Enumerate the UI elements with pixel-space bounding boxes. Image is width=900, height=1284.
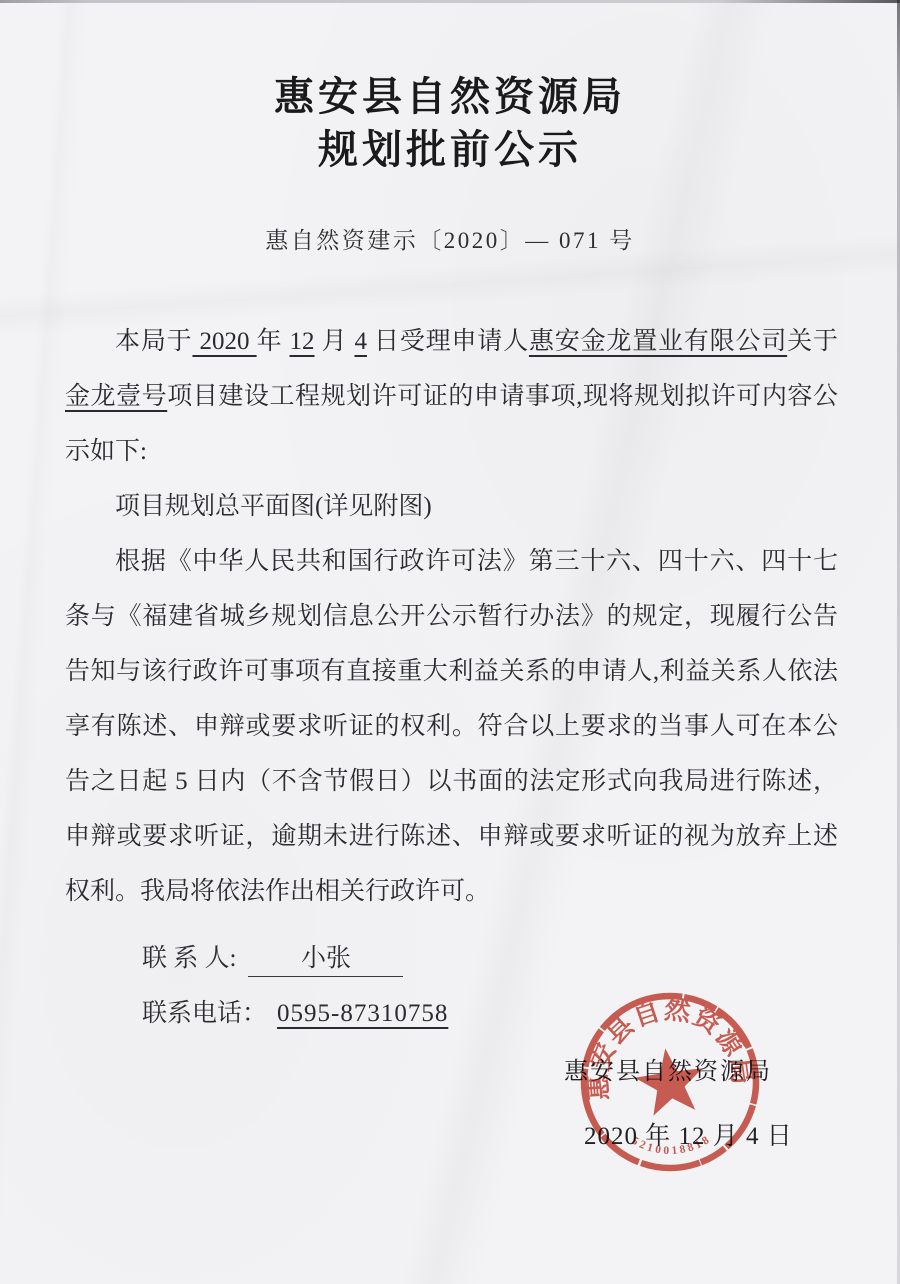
contact-phone-number: 0595-87310758	[277, 1000, 448, 1027]
signature-date: 2020 年 12 月 4 日	[584, 1116, 793, 1152]
contact-phone-line: 联系电话：0595-87310758	[65, 986, 838, 1041]
document-number: 惠自然资建示〔2020〕— 071 号	[0, 222, 900, 255]
contact-block: 联 系 人:小张 联系电话：0595-87310758	[65, 931, 838, 1041]
paragraph-plan-drawing: 项目规划总平面图(详见附图)	[65, 479, 838, 534]
document-body: 本局于 2020 年 12 月 4 日受理申请人惠安金龙置业有限公司关于金龙壹号…	[65, 314, 838, 1041]
scan-edge-top	[0, 0, 900, 3]
paragraph-legal-basis: 根据《中华人民共和国行政许可法》第三十六、四十六、四十七条与《福建省城乡规划信息…	[65, 534, 838, 919]
contact-phone-label: 联系电话：	[142, 1000, 267, 1027]
contact-person-label: 联 系 人:	[142, 945, 236, 972]
title-line-2: 规划批前公示	[0, 123, 900, 176]
document-page: 惠安县自然资源局 规划批前公示 惠自然资建示〔2020〕— 071 号 本局于 …	[0, 0, 900, 1284]
signature-org: 惠安县自然资源局	[564, 1051, 772, 1086]
contact-person-line: 联 系 人:小张	[65, 931, 838, 986]
document-title: 惠安县自然资源局 规划批前公示	[0, 70, 900, 176]
title-line-1: 惠安县自然资源局	[0, 70, 900, 123]
contact-person-name: 小张	[248, 943, 403, 977]
paragraph-intro: 本局于 2020 年 12 月 4 日受理申请人惠安金龙置业有限公司关于金龙壹号…	[65, 314, 838, 479]
